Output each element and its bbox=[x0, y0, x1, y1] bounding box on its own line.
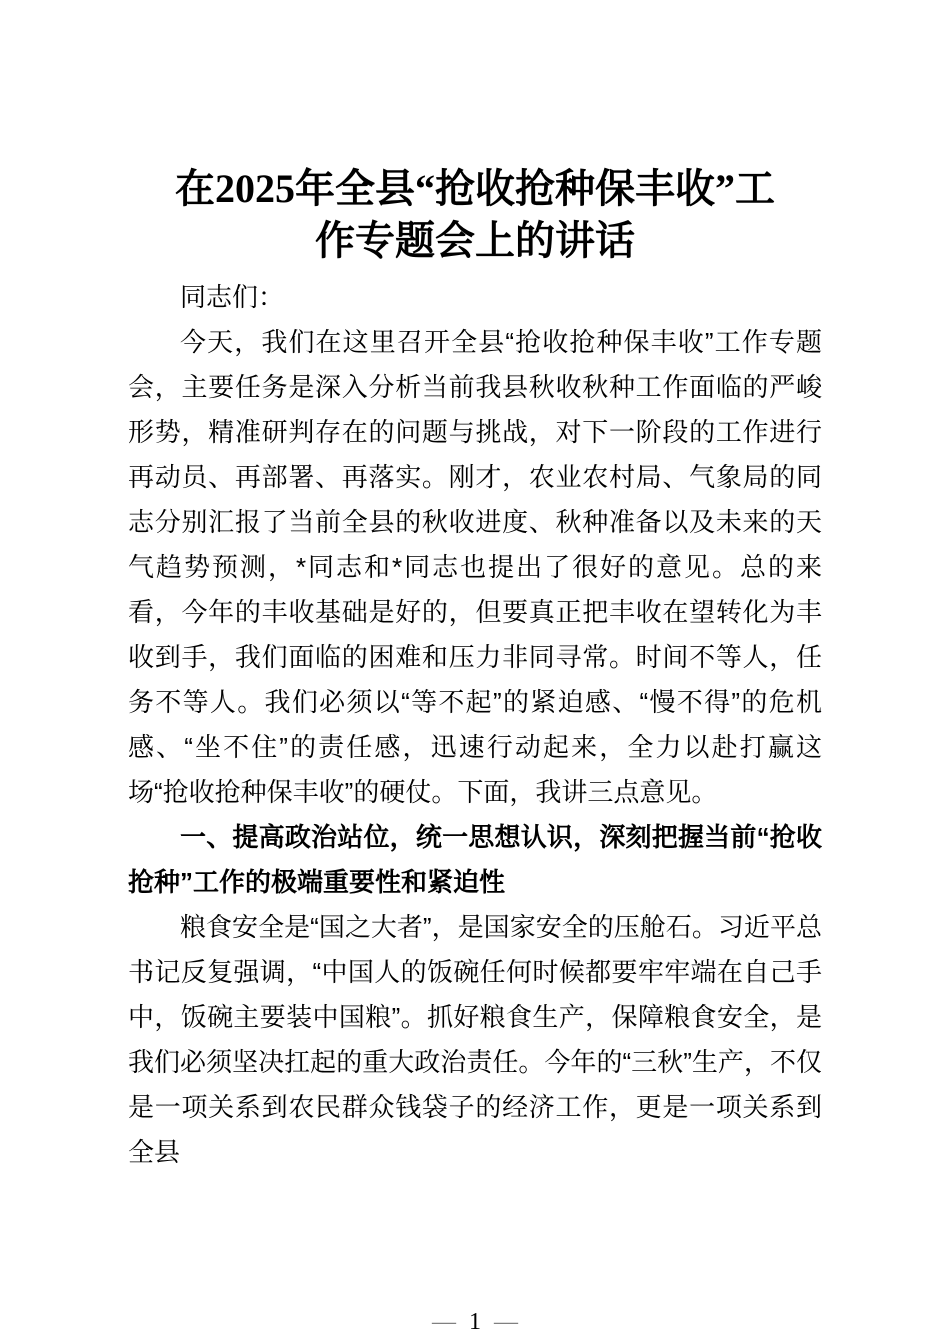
footer-dash-right: — bbox=[494, 1309, 518, 1335]
page-footer: —1— bbox=[0, 1310, 950, 1334]
footer-dash-left: — bbox=[432, 1309, 456, 1335]
page-number: 1 bbox=[469, 1309, 481, 1335]
document-page: 在2025年全县“抢收抢种保丰收”工 作专题会上的讲话 同志们： 今天，我们在这… bbox=[0, 0, 950, 1344]
paragraph-opening: 今天，我们在这里召开全县“抢收抢种保丰收”工作专题会，主要任务是深入分析当前我县… bbox=[128, 320, 822, 815]
document-title: 在2025年全县“抢收抢种保丰收”工 作专题会上的讲话 bbox=[128, 163, 822, 267]
document-content: 在2025年全县“抢收抢种保丰收”工 作专题会上的讲话 同志们： 今天，我们在这… bbox=[128, 163, 822, 1175]
paragraph-section-1-body: 粮食安全是“国之大者”，是国家安全的压舱石。习近平总书记反复强调，“中国人的饭碗… bbox=[128, 905, 822, 1175]
document-title-line-1: 在2025年全县“抢收抢种保丰收”工 bbox=[128, 163, 822, 215]
section-heading-1: 一、提高政治站位，统一思想认识，深刻把握当前“抢收抢种”工作的极端重要性和紧迫性 bbox=[128, 815, 822, 905]
salutation: 同志们： bbox=[128, 275, 822, 320]
document-title-line-2: 作专题会上的讲话 bbox=[128, 215, 822, 267]
